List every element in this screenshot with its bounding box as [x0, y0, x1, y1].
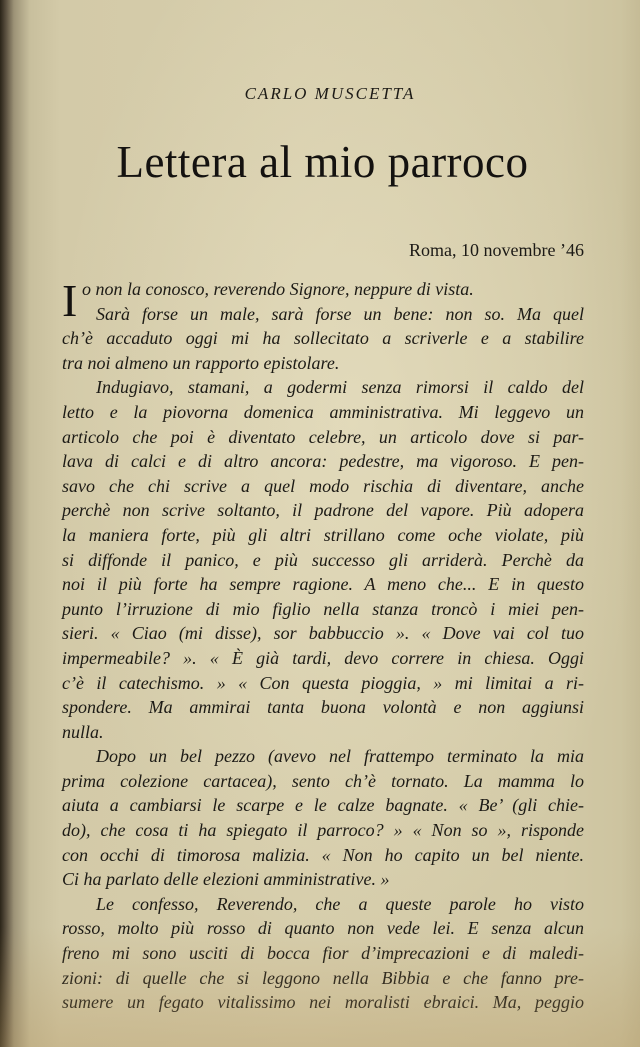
text-line: savo che chi scrive a quel modo rischia …: [62, 474, 584, 499]
author-name: CARLO MUSCETTA: [0, 84, 640, 104]
text-line: perchè non scrive soltanto, il padrone d…: [62, 498, 584, 523]
text-line: o non la conosco, reverendo Signore, nep…: [62, 277, 584, 302]
text-line: Sarà forse un male, sarà forse un bene: …: [62, 302, 584, 327]
text-line: impermeabile? ». « È già tardi, devo cor…: [62, 646, 584, 671]
book-page: CARLO MUSCETTA Lettera al mio parroco Ro…: [0, 0, 640, 1047]
text-line: spondere. Ma ammirai tanta buona volontà…: [62, 695, 584, 720]
text-line: articolo che poi è diventato celebre, un…: [62, 425, 584, 450]
text-line: freno mi sono usciti di bocca fior d’imp…: [62, 941, 584, 966]
text-line: sumere un fegato vitalissimo nei moralis…: [62, 990, 584, 1015]
text-line: lava di calci e di altro ancora: pedestr…: [62, 449, 584, 474]
text-line: rosso, molto più rosso di quanto non ved…: [62, 916, 584, 941]
article-title: Lettera al mio parroco: [0, 136, 640, 188]
text-line: prima colezione cartacea), sento ch’è to…: [62, 769, 584, 794]
text-line: Le confesso, Reverendo, che a queste par…: [62, 892, 584, 917]
text-line: letto e la piovorna domenica amministrat…: [62, 400, 584, 425]
text-line: nulla.: [62, 720, 584, 745]
text-line: la maniera forte, più gli altri strillan…: [62, 523, 584, 548]
text-line: Dopo un bel pezzo (avevo nel frattempo t…: [62, 744, 584, 769]
text-line: punto l’irruzione di mio figlio nella st…: [62, 597, 584, 622]
text-line: sieri. « Ciao (mi disse), sor babbuccio …: [62, 621, 584, 646]
text-line: Indugiavo, stamani, a godermi senza rimo…: [62, 375, 584, 400]
text-line: ch’è accaduto oggi mi ha sollecitato a s…: [62, 326, 584, 351]
text-line: zioni: di quelle che si leggono nella Bi…: [62, 966, 584, 991]
text-line: con occhi di timorosa malizia. « Non ho …: [62, 843, 584, 868]
text-line: aiuta a cambiarsi le scarpe e le calze b…: [62, 793, 584, 818]
letter-body: o non la conosco, reverendo Signore, nep…: [62, 277, 584, 1015]
text-line: c’è il catechismo. » « Con questa pioggi…: [62, 671, 584, 696]
text-line: Ci ha parlato delle elezioni amministrat…: [62, 867, 584, 892]
text-line: noi il più forte ha sempre ragione. A me…: [62, 572, 584, 597]
text-line: si diffonde il panico, e più successo gl…: [62, 548, 584, 573]
text-line: do), che cosa ti ha spiegato il parroco?…: [62, 818, 584, 843]
text-line: tra noi almeno un rapporto epistolare.: [62, 351, 584, 376]
dateline: Roma, 10 novembre ’46: [409, 240, 584, 261]
